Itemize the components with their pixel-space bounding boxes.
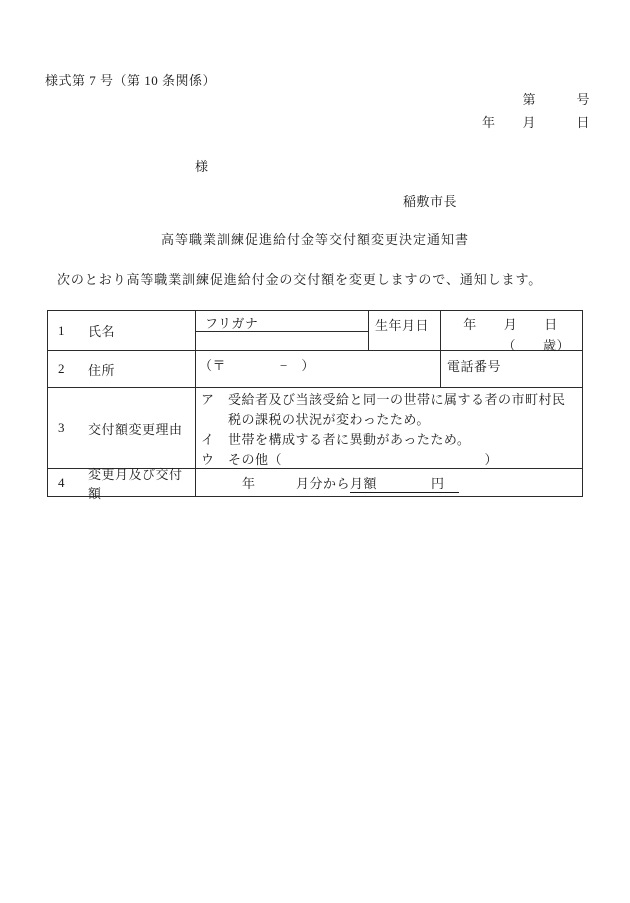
amount-underlined-blank: 月額 円 xyxy=(350,476,459,493)
birthdate-value-cell: 年 月 日 （ 歳） xyxy=(441,311,582,350)
name-blank-area xyxy=(196,332,368,350)
reason-label-cell: 3 交付額変更理由 xyxy=(48,388,196,468)
reason-item-a: ア 受給者及び当該受給と同一の世帯に属する者の市町村民税の課税の状況が変わったた… xyxy=(201,390,578,430)
issue-date-line: 年 月 日 xyxy=(482,112,590,131)
table-row-address: 2 住所 （〒 − ） 電話番号 xyxy=(48,351,582,388)
reason-label: 交付額変更理由 xyxy=(88,419,183,438)
row-number: 4 xyxy=(58,475,72,491)
table-row-reason: 3 交付額変更理由 ア 受給者及び当該受給と同一の世帯に属する者の市町村民税の課… xyxy=(48,388,582,469)
birthdate-label: 生年月日 xyxy=(369,311,441,350)
name-label-cell: 1 氏名 xyxy=(48,311,196,350)
reason-item-i: イ 世帯を構成する者に異動があったため。 xyxy=(201,430,578,450)
document-title: 高等職業訓練促進給付金等交付額変更決定通知書 xyxy=(0,229,630,248)
reason-text: 世帯を構成する者に異動があったため。 xyxy=(228,430,578,450)
table-row-amount: 4 変更月及び交付額 年 月分から月額 円 xyxy=(48,469,582,496)
amount-label: 変更月及び交付額 xyxy=(88,464,195,502)
reason-marker: ア xyxy=(201,390,215,430)
amount-prefix: 年 月分から xyxy=(242,476,350,491)
name-label: 氏名 xyxy=(88,321,115,340)
amount-value-cell: 年 月分から月額 円 xyxy=(196,469,582,496)
address-label-cell: 2 住所 xyxy=(48,351,196,387)
reason-marker: イ xyxy=(201,430,215,450)
document-number-line: 第 号 xyxy=(522,89,590,108)
sender-mayor-name: 稲敷市長 xyxy=(403,191,457,210)
row-number: 3 xyxy=(58,420,72,436)
intro-sentence: 次のとおり高等職業訓練促進給付金の交付額を変更しますので、通知します。 xyxy=(57,269,542,288)
reason-text: その他（ ） xyxy=(228,450,578,470)
furigana-cell: フリガナ xyxy=(196,311,369,350)
postal-code-blank: （〒 − ） xyxy=(196,351,441,387)
address-label: 住所 xyxy=(88,360,115,379)
phone-label: 電話番号 xyxy=(441,351,582,387)
reason-options: ア 受給者及び当該受給と同一の世帯に属する者の市町村民税の課税の状況が変わったた… xyxy=(196,388,582,468)
form-number: 様式第 7 号（第 10 条関係） xyxy=(45,70,216,89)
row-number: 2 xyxy=(58,361,72,377)
form-table: 1 氏名 フリガナ 生年月日 年 月 日 （ 歳） 2 住所 （〒 − ） 電話… xyxy=(47,310,583,497)
reason-text: 受給者及び当該受給と同一の世帯に属する者の市町村民税の課税の状況が変わったため。 xyxy=(228,390,578,430)
furigana-label: フリガナ xyxy=(196,311,368,332)
addressee-honorific: 様 xyxy=(195,156,209,175)
reason-marker: ウ xyxy=(201,450,215,470)
birthdate-blank-line: 年 月 日 xyxy=(451,314,570,333)
row-number: 1 xyxy=(58,323,72,339)
document-page: 様式第 7 号（第 10 条関係） 第 号 年 月 日 様 稲敷市長 高等職業訓… xyxy=(0,0,630,903)
reason-item-u: ウ その他（ ） xyxy=(201,450,578,470)
amount-label-cell: 4 変更月及び交付額 xyxy=(48,469,196,496)
table-row-name: 1 氏名 フリガナ 生年月日 年 月 日 （ 歳） xyxy=(48,311,582,351)
